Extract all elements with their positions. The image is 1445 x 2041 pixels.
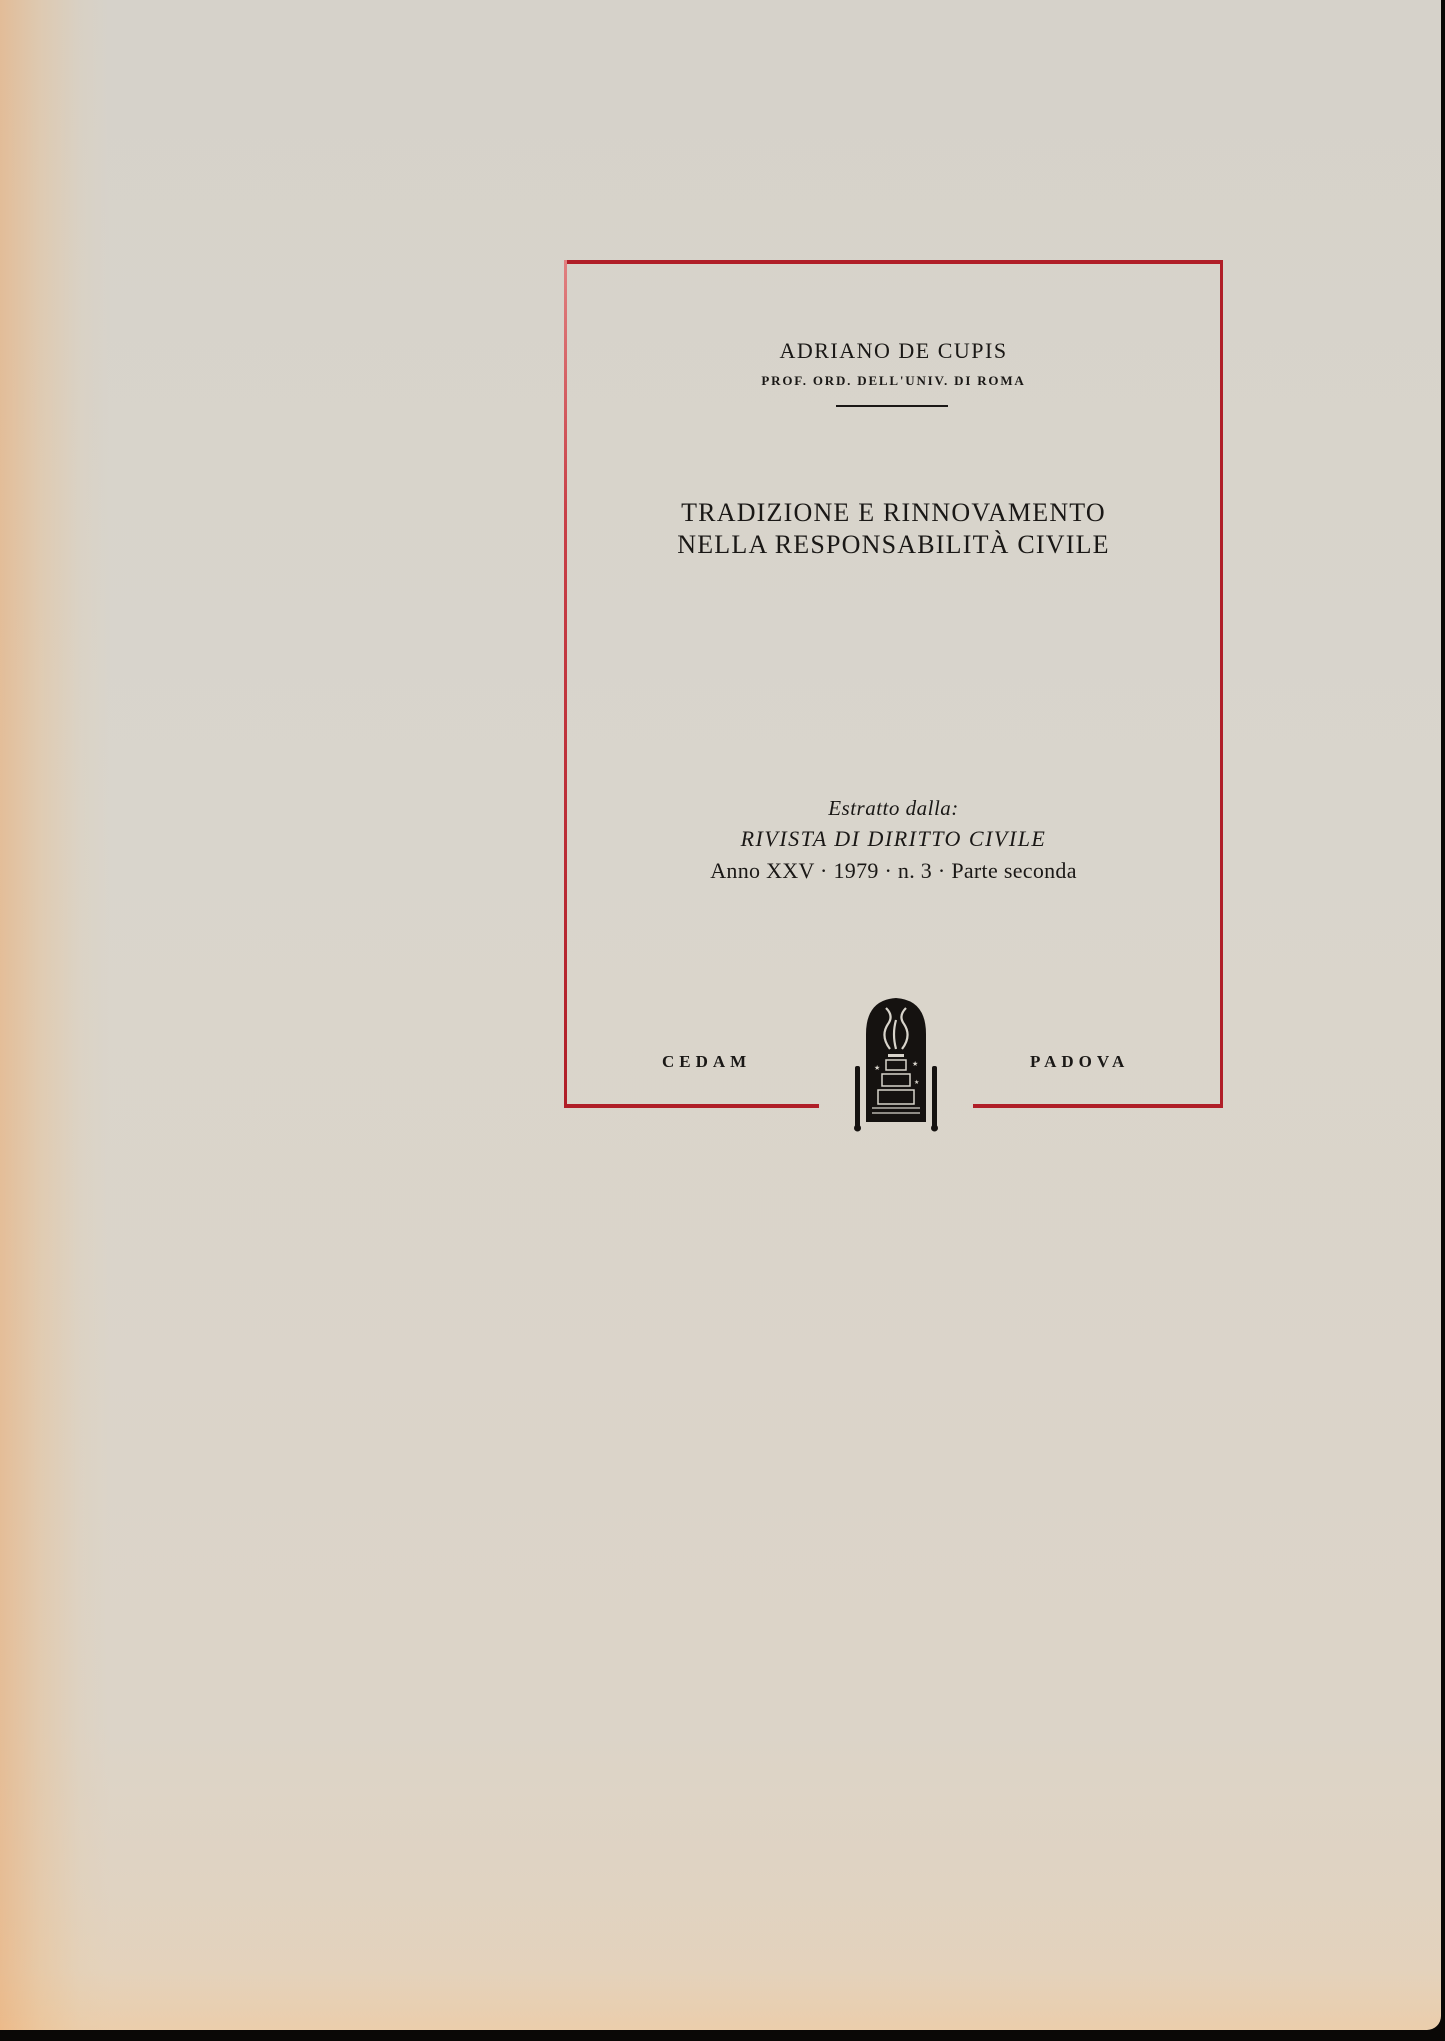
title-line-2: NELLA RESPONSABILITÀ CIVILE bbox=[564, 530, 1223, 560]
divider-rule bbox=[836, 405, 948, 407]
frame-bottom-left-border bbox=[564, 1104, 819, 1108]
author-affiliation: PROF. ORD. DELL'UNIV. DI ROMA bbox=[564, 373, 1223, 389]
frame-bottom-right-border bbox=[973, 1104, 1223, 1108]
journal-name: RIVISTA DI DIRITTO CIVILE bbox=[564, 826, 1223, 852]
issue-details: Anno XXV · 1979 · n. 3 · Parte seconda bbox=[564, 858, 1223, 884]
book-cover-page: ADRIANO DE CUPIS PROF. ORD. DELL'UNIV. D… bbox=[0, 0, 1441, 2030]
svg-text:★: ★ bbox=[874, 1064, 880, 1072]
author-name: ADRIANO DE CUPIS bbox=[564, 338, 1223, 364]
frame-top-border bbox=[564, 260, 1223, 264]
cedam-lamp-emblem-icon: ★ ★ ★ bbox=[850, 994, 942, 1132]
publisher-city: PADOVA bbox=[1030, 1052, 1129, 1072]
title-line-1: TRADIZIONE E RINNOVAMENTO bbox=[564, 498, 1223, 528]
publisher-name: CEDAM bbox=[662, 1052, 751, 1072]
svg-text:★: ★ bbox=[914, 1079, 919, 1086]
svg-text:★: ★ bbox=[912, 1060, 918, 1068]
extract-label: Estratto dalla: bbox=[564, 796, 1223, 821]
